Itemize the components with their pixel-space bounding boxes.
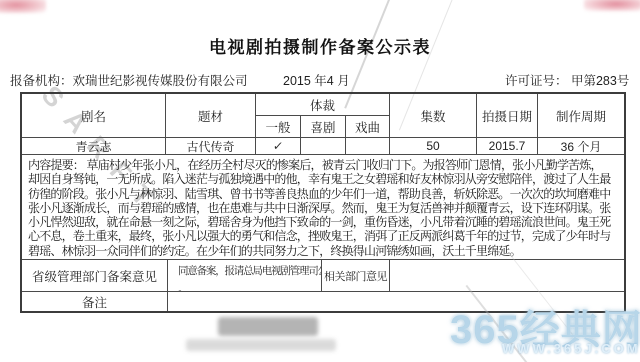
provincial-opinion-text: 同意备案，报请总局电视剧管理司公示 。 (168, 260, 322, 292)
header-cell-shoot-date: 拍摄日期 (477, 94, 538, 138)
filing-table: 剧名 题材 体裁 集数 拍摄日期 制作周期 一般 喜剧 戏曲 青云志 古代传奇 … (20, 92, 626, 313)
data-cell-episodes: 50 (390, 138, 477, 155)
pink-artifact-top-left (0, 0, 46, 13)
provincial-opinion-label: 省级管理部门备案意见 (22, 260, 168, 292)
checkmark-icon: ✓ (272, 139, 284, 153)
filing-table-main: 剧名 题材 体裁 集数 拍摄日期 制作周期 一般 喜剧 戏曲 青云志 古代传奇 … (22, 94, 624, 260)
content-summary-cell: 内容提要： 草庙村少年张小凡，在经历全村尽灭的惨案后，被青云门收归门下。为报答师… (22, 155, 624, 260)
header-cell-genre-opera: 戏曲 (346, 116, 390, 138)
filing-notice-document: SARFT 电视剧拍摄制作备案公示表 报备机构：欢瑞世纪影视传媒股份有限公司 2… (0, 0, 640, 362)
header-cell-drama-name: 剧名 (22, 94, 166, 138)
summary-line-5: 小凡悍然迎敌，就在命悬一刻之际，碧瑶舍身为他挡下致命的一剑，重伤昏迷，小凡带着沉… (28, 215, 619, 229)
summary-line-7: 碧瑶、林惊羽一众同伴们的约定。在少年们的共同努力之下，终换得山河锦绣如画，沃土千… (28, 244, 619, 258)
opinion-text-line-1: 同意备案，报请总局电视剧管理司公示 (178, 263, 317, 278)
header-cell-genre-general: 一般 (256, 116, 301, 138)
data-cell-cycle: 36 个月 (538, 138, 624, 155)
data-cell-genre-opera (346, 138, 390, 155)
data-cell-drama-name: 青云志 (22, 138, 166, 155)
related-department-text (390, 260, 624, 292)
filing-date: 2015 年4 月 (283, 71, 350, 89)
license-number: 许可证号： 甲第283号 (505, 71, 629, 89)
site-watermark-url: WWW.365J.COM (502, 341, 640, 356)
header-cell-genre: 体裁 (256, 94, 390, 116)
pink-artifact-top-right (584, 0, 640, 11)
header-cell-subject: 题材 (166, 94, 256, 138)
blurred-redaction-blob-dark (218, 317, 318, 336)
summary-line-4: 张小凡逐渐成长，而与碧瑶的感情，也在患难与共中日渐深厚。然而，鬼王为复活兽神并颠… (28, 201, 619, 215)
blurred-redaction-blob-light (186, 339, 336, 351)
data-cell-genre-general-check: ✓ (256, 138, 301, 155)
header-cell-genre-comedy: 喜剧 (301, 116, 346, 138)
header-cell-episodes: 集数 (390, 94, 477, 138)
summary-line-1: 内容提要： 草庙村少年张小凡，在经历全村尽灭的惨案后，被青云门收归门下。为报答师… (28, 158, 619, 172)
meta-row: 报备机构：欢瑞世纪影视传媒股份有限公司 2015 年4 月 许可证号： 甲第28… (0, 71, 640, 87)
summary-line-3: 彷徨的阶段。张小凡与林惊羽、陆雪琪、曾书书等善良热血的少年们一道，帮助良善，斩妖… (28, 187, 619, 201)
remark-label: 备注 (22, 292, 168, 311)
filing-table-footer: 省级管理部门备案意见 同意备案，报请总局电视剧管理司公示 。 相关部门意见 备注 (22, 260, 624, 311)
page-title: 电视剧拍摄制作备案公示表 (0, 33, 640, 58)
header-cell-cycle: 制作周期 (538, 94, 624, 138)
data-cell-genre-comedy (301, 138, 346, 155)
opinion-text-line-2: 。 (178, 281, 317, 292)
remark-text (168, 292, 624, 311)
summary-line-2: 却因自身驽钝，一无所成。陷入迷茫与孤独境遇中的他，幸有鬼王之女碧瑶和好友林惊羽从… (28, 172, 619, 186)
data-cell-subject: 古代传奇 (166, 138, 256, 155)
data-cell-shoot-date: 2015.7 (477, 138, 538, 155)
related-department-label: 相关部门意见 (322, 260, 390, 292)
filing-organization: 报备机构：欢瑞世纪影视传媒股份有限公司 (10, 71, 248, 89)
summary-line-6: 心不息，卷土重来，最终，张小凡以强大的勇气和信念，挫败鬼王，消弭了正反两派纠葛千… (28, 229, 619, 243)
